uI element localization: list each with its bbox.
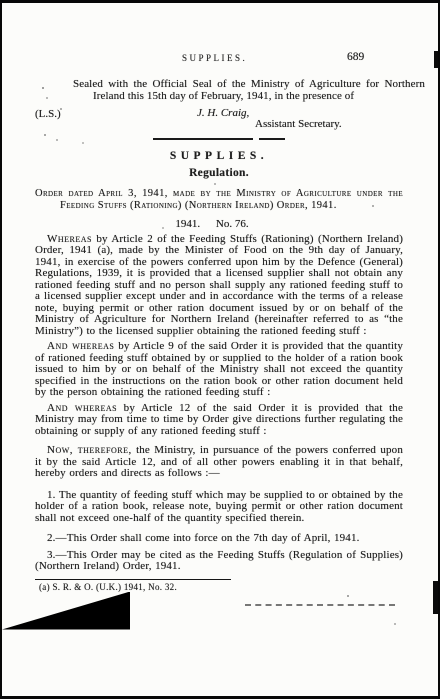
scan-artifact-right-edge-top: [434, 51, 438, 68]
order-title: Order dated April 3, 1941, made by the M…: [35, 188, 403, 212]
footnote-citation: (a) S. R. & O. (U.K.) 1941, No. 32.: [39, 582, 403, 592]
signature: J. H. Craig,: [197, 107, 249, 119]
order-number-line: 1941. No. 76.: [35, 218, 389, 230]
scan-artifact-streak: [245, 604, 395, 606]
section-divider: [35, 138, 403, 140]
scan-artifact-corner-shadow: [2, 592, 130, 630]
regulation-subheading: Regulation.: [35, 167, 403, 179]
recital-lead: Now, therefore,: [47, 444, 132, 456]
divider-line-long: [153, 138, 253, 140]
footnote-rule: [35, 579, 231, 580]
page-content: SUPPLIES. 689 Sealed with the Official S…: [2, 53, 438, 592]
article-1: 1. The quantity of feeding stuff which m…: [35, 490, 403, 525]
recital-now-therefore: Now, therefore, the Ministry, in pursuan…: [35, 445, 403, 480]
scan-artifact-right-edge-lower: [433, 581, 438, 614]
divider-line-short: [259, 138, 285, 140]
recital-whereas-article-9: And whereas by Article 9 of the said Ord…: [35, 341, 403, 399]
article-2: 2.—This Order shall come into force on t…: [35, 533, 403, 545]
seal-mark: (L.S.): [35, 108, 61, 120]
order-year: 1941.: [175, 218, 200, 230]
order-number: No. 76.: [216, 218, 249, 230]
scanned-document-page: SUPPLIES. 689 Sealed with the Official S…: [0, 0, 440, 699]
recital-lead: Whereas: [47, 233, 92, 245]
section-heading: SUPPLIES.: [35, 150, 403, 162]
recital-lead: And whereas: [47, 340, 114, 352]
recital-whereas-article-2: Whereas by Article 2 of the Feeding Stuf…: [35, 234, 403, 338]
signatory-title: Assistant Secretary.: [255, 118, 342, 130]
recital-lead: And whereas: [47, 402, 117, 414]
scan-specks: [42, 87, 44, 89]
article-3: 3.—This Order may be cited as the Feedin…: [35, 550, 403, 573]
signature-block: (L.S.) J. H. Craig, Assistant Secretary.: [35, 106, 403, 134]
running-header: SUPPLIES. 689: [35, 53, 403, 65]
running-header-title: SUPPLIES.: [182, 53, 247, 63]
page-number: 689: [347, 51, 364, 63]
sealing-clause: Sealed with the Official Seal of the Min…: [73, 79, 425, 102]
recital-whereas-article-12: And whereas by Article 12 of the said Or…: [35, 403, 403, 438]
recital-text: by Article 2 of the Feeding Stuffs (Rati…: [35, 233, 403, 337]
